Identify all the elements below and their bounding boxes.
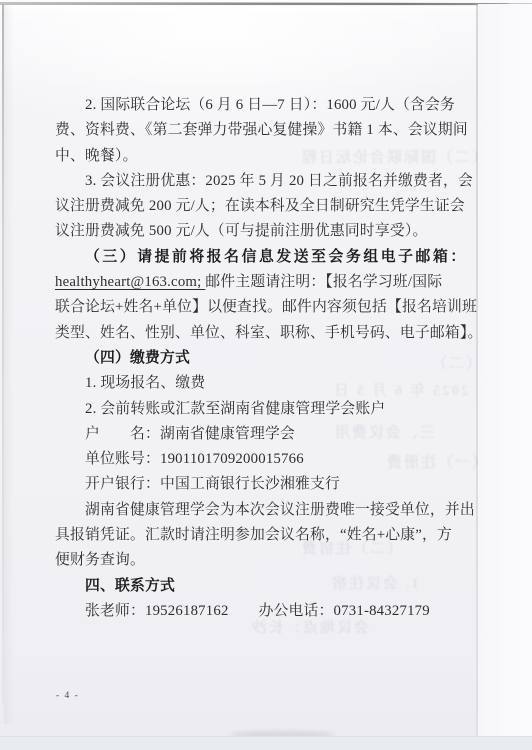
doc-text: 2. 会前转账或汇款至湖南省健康管理学会账户 — [85, 401, 385, 417]
doc-line: （四）缴费方式 — [55, 346, 477, 371]
doc-line: 具报销凭证。汇款时请注明参加会议名称，“姓名+心康”，方 — [55, 523, 477, 548]
scan-left-shadow — [4, 4, 14, 724]
doc-text: 户 名：湖南省健康管理学会 — [85, 426, 295, 442]
doc-line: 单位账号：1901101709200015766 — [55, 447, 477, 472]
doc-text: 开户银行：中国工商银行长沙湘雅支行 — [85, 476, 340, 492]
doc-line: 议注册费减免 200 元/人；在读本科及全日制研究生凭学生证会 — [55, 194, 477, 219]
doc-text: 议注册费减免 500 元/人（可与提前注册优惠同时享受）。 — [55, 223, 427, 239]
doc-text: 议注册费减免 200 元/人；在读本科及全日制研究生凭学生证会 — [55, 198, 465, 214]
doc-line: 2. 会前转账或汇款至湖南省健康管理学会账户 — [55, 397, 477, 422]
scan-right-margin — [478, 4, 532, 736]
doc-text: 1. 现场报名、缴费 — [85, 375, 205, 391]
doc-line: 张老师：19526187162 办公电话：0731-84327179 — [55, 599, 477, 624]
doc-line: 3. 会议注册优惠：2025 年 5 月 20 日之前报名并缴费者，会 — [55, 169, 477, 194]
scan-top-highlight — [0, 5, 532, 15]
doc-text: 费、资料费、《第二套弹力带强心复健操》书籍 1 本、会议期间 — [55, 122, 468, 138]
doc-text: （三）请提前将报名信息发送至会务组电子邮箱： — [85, 249, 468, 265]
doc-line: 开户银行：中国工商银行长沙湘雅支行 — [55, 472, 477, 497]
doc-text: 单位账号：1901101709200015766 — [85, 451, 304, 467]
doc-line: 2. 国际联合论坛（6 月 6 日—7 日）：1600 元/人（含会务 — [55, 93, 477, 118]
document-body: 2. 国际联合论坛（6 月 6 日—7 日）：1600 元/人（含会务费、资料费… — [55, 93, 477, 624]
doc-text: 四、联系方式 — [85, 578, 175, 594]
doc-text: 中、晚餐）。 — [55, 148, 138, 164]
doc-text: 湖南省健康管理学会为本次会议注册费唯一接受单位，并出 — [85, 502, 475, 518]
doc-line: 便财务查询。 — [55, 548, 477, 573]
doc-line: 湖南省健康管理学会为本次会议注册费唯一接受单位，并出 — [55, 498, 477, 523]
doc-text: 邮件主题请注明：【报名学习班/国际 — [205, 274, 442, 290]
doc-line: 户 名：湖南省健康管理学会 — [55, 422, 477, 447]
doc-text: 类型、姓名、性别、单位、科室、职称、手机号码、电子邮箱】。 — [55, 325, 483, 341]
email-address: healthyheart@163.com; — [55, 274, 205, 290]
doc-text: 具报销凭证。汇款时请注明参加会议名称，“姓名+心康”，方 — [55, 527, 452, 543]
doc-line: 联合论坛+姓名+单位】以便查找。邮件内容须包括【报名培训班 — [55, 295, 477, 320]
doc-text: 便财务查询。 — [55, 552, 145, 568]
doc-text: 3. 会议注册优惠：2025 年 5 月 20 日之前报名并缴费者，会 — [85, 173, 473, 189]
page-number: - 4 - — [56, 691, 79, 701]
doc-line: 费、资料费、《第二套弹力带强心复健操》书籍 1 本、会议期间 — [55, 118, 477, 143]
doc-line: 类型、姓名、性别、单位、科室、职称、手机号码、电子邮箱】。 — [55, 321, 477, 346]
doc-line: （三）请提前将报名信息发送至会务组电子邮箱： — [55, 245, 477, 270]
doc-text: 张老师：19526187162 办公电话：0731-84327179 — [85, 603, 430, 619]
scanned-document-page: （二）国际联合论坛日程（二）2025 年 6 月 5 日三、会议费用（一）注册费… — [0, 0, 532, 750]
doc-text: （四）缴费方式 — [85, 350, 190, 366]
doc-line: healthyheart@163.com; 邮件主题请注明：【报名学习班/国际 — [55, 270, 477, 295]
doc-line: 1. 现场报名、缴费 — [55, 371, 477, 396]
doc-line: 中、晚餐）。 — [55, 144, 477, 169]
doc-text: 2. 国际联合论坛（6 月 6 日—7 日）：1600 元/人（含会务 — [85, 97, 455, 113]
doc-line: 议注册费减免 500 元/人（可与提前注册优惠同时享受）。 — [55, 219, 477, 244]
doc-text: 联合论坛+姓名+单位】以便查找。邮件内容须包括【报名培训班 — [55, 299, 477, 315]
scan-bottom-edge — [0, 736, 532, 750]
doc-line: 四、联系方式 — [55, 574, 477, 599]
